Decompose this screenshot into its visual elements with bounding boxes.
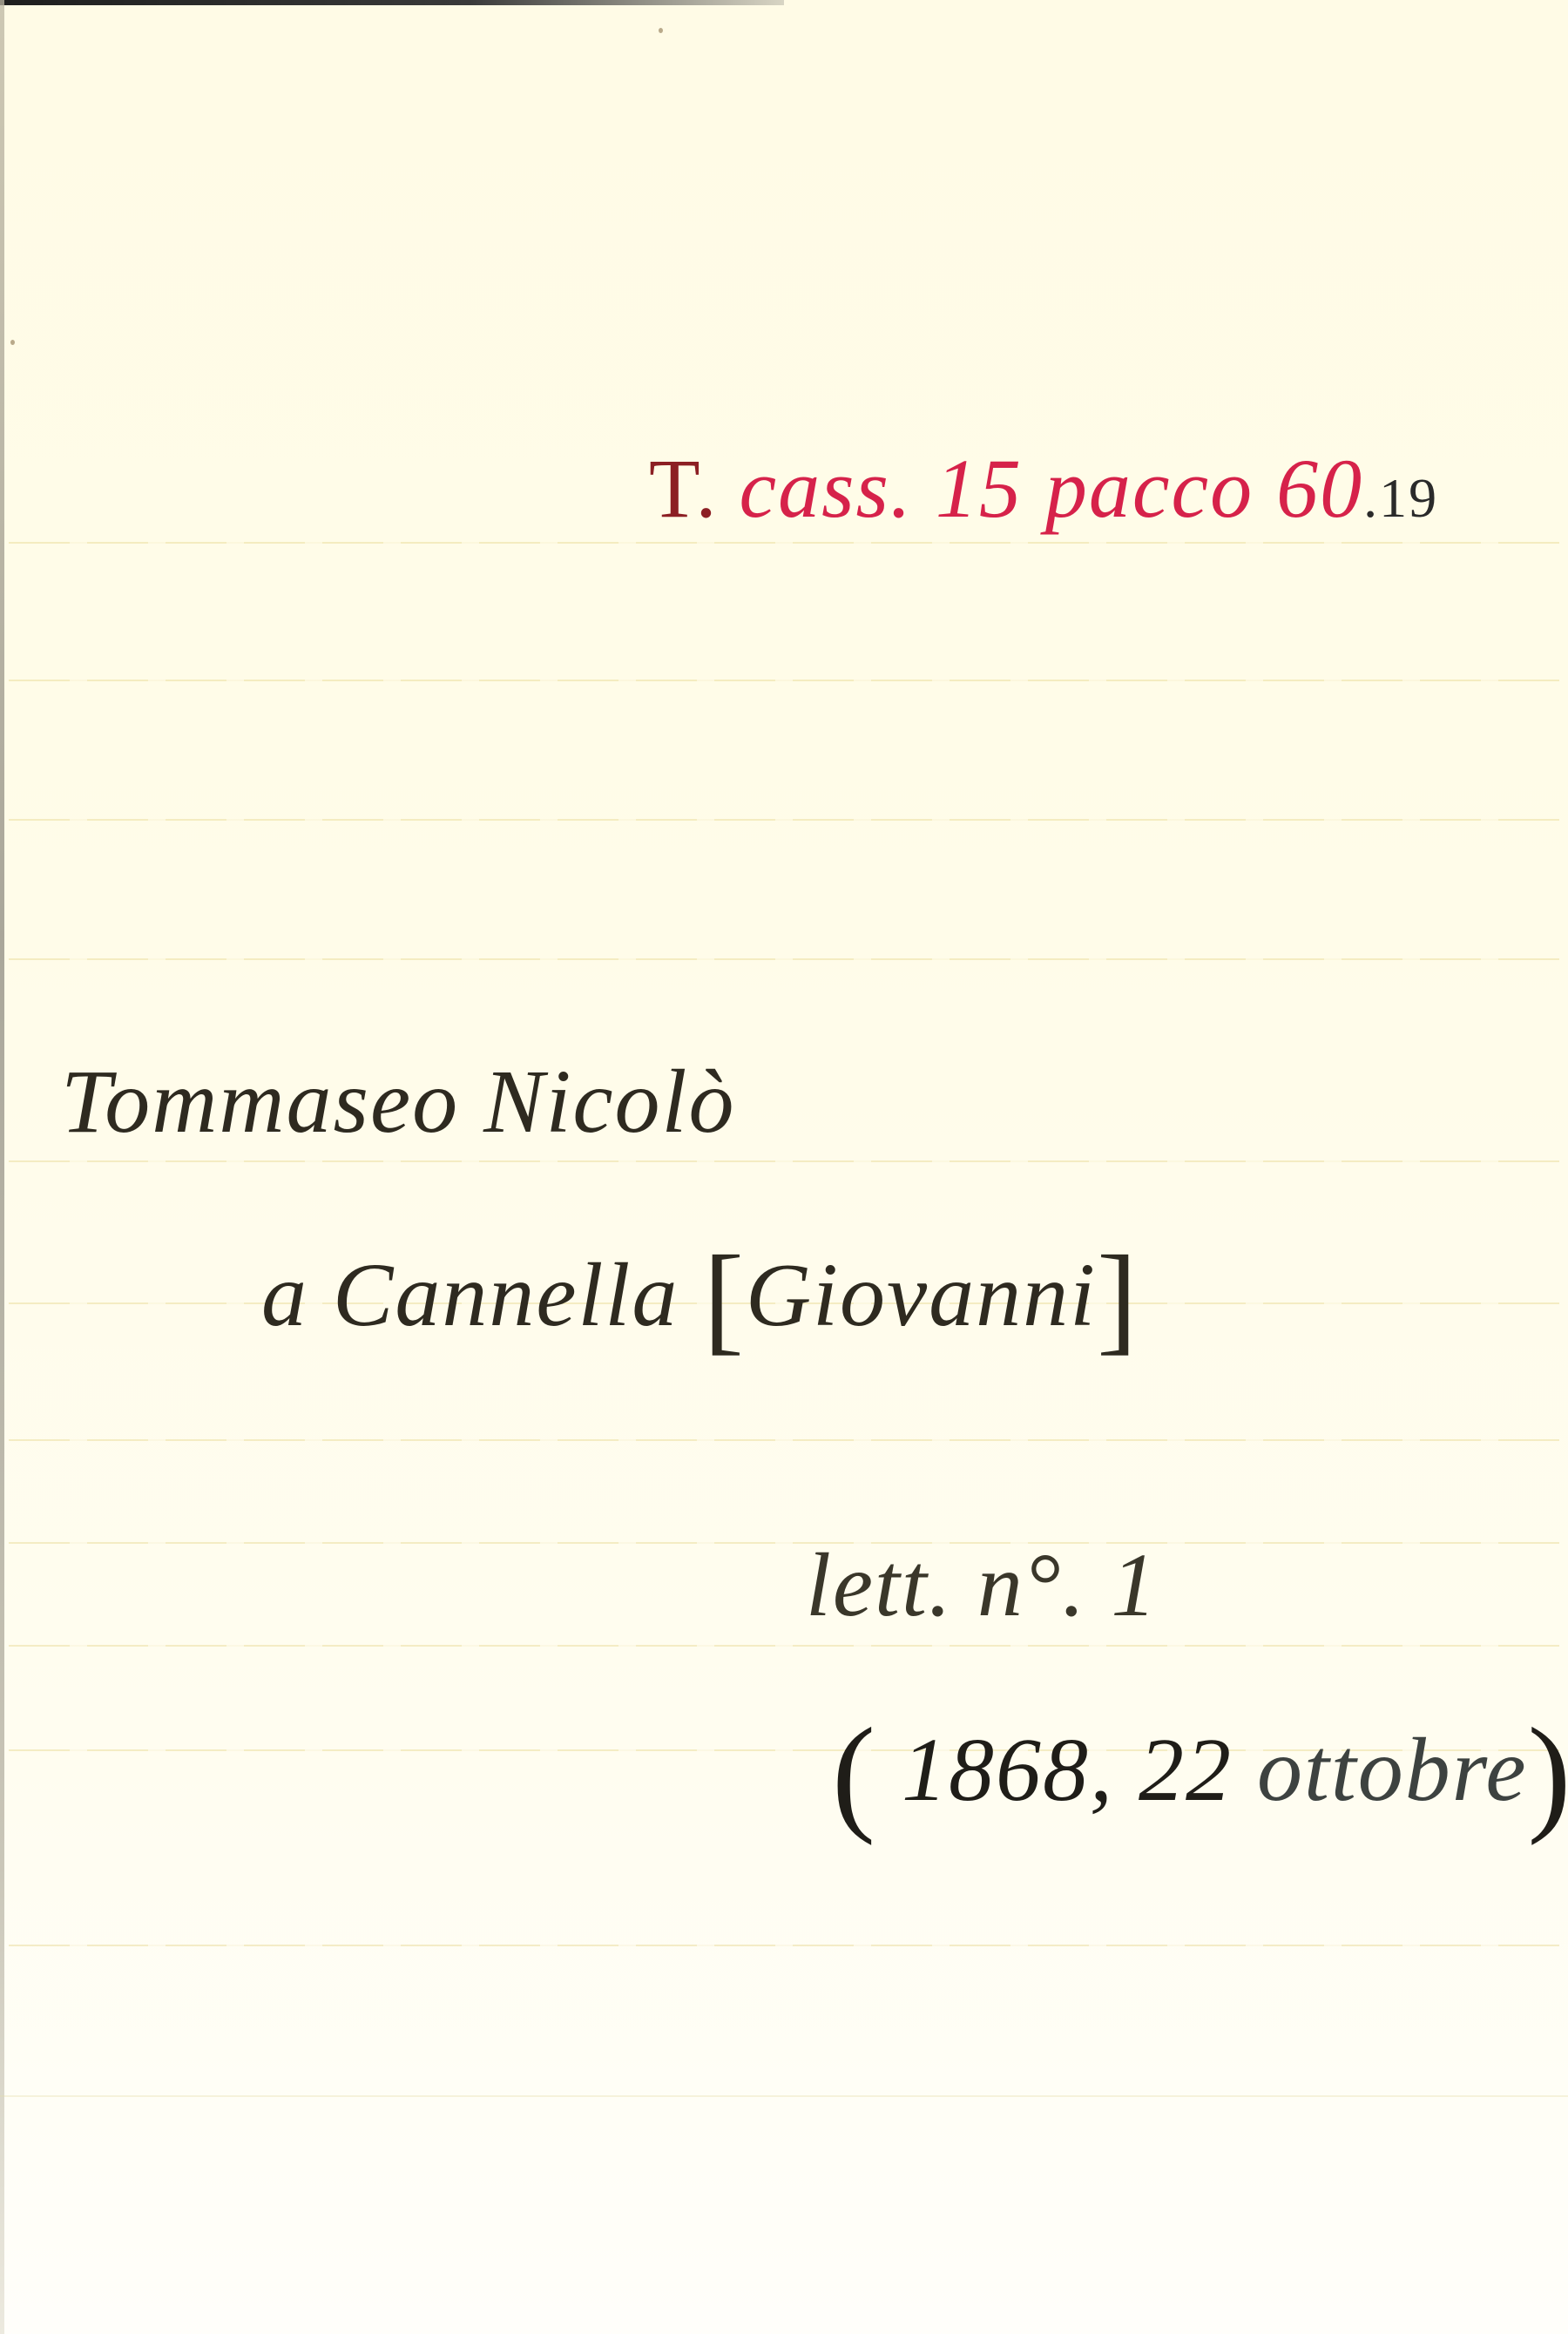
paper-speck <box>659 28 663 33</box>
open-paren: ( <box>832 1701 877 1846</box>
recipient-line: a Cannella [Giovanni] <box>261 1228 1139 1369</box>
ruled-line <box>9 1439 1559 1441</box>
card-bottom-edge <box>0 2095 1568 2097</box>
card-left-edge <box>0 0 4 2334</box>
date-year-day: 1868, 22 <box>902 1720 1233 1820</box>
close-paren: ) <box>1528 1701 1568 1846</box>
date-line: ( 1868, 22 ottobre) <box>832 1699 1568 1849</box>
open-bracket: [ <box>703 1231 746 1366</box>
date-month: ottobre <box>1257 1720 1528 1820</box>
paper-speck <box>10 340 15 345</box>
archival-index-card: T.cass. 15 pacco 60.19 Tommaseo Nicolò a… <box>0 0 1568 2334</box>
recipient-given-name: Giovanni <box>746 1245 1097 1345</box>
recipient-surname: a Cannella <box>261 1245 679 1345</box>
ruled-line <box>9 819 1559 821</box>
shelfmark-t-mark: T. <box>649 442 719 535</box>
author-name: Tommaseo Nicolò <box>61 1050 735 1153</box>
scan-top-shadow <box>0 0 784 5</box>
letter-count: lett. n°. 1 <box>806 1533 1158 1637</box>
close-bracket: ] <box>1097 1231 1139 1366</box>
shelfmark-line: T.cass. 15 pacco 60.19 <box>649 440 1438 537</box>
ruled-line <box>9 958 1559 960</box>
ruled-line <box>9 1160 1559 1162</box>
shelfmark-text: cass. 15 pacco 60 <box>740 442 1364 535</box>
ruled-line <box>9 1945 1559 1946</box>
ruled-line <box>9 1542 1559 1544</box>
ruled-line <box>9 542 1559 544</box>
ruled-line <box>9 1645 1559 1647</box>
shelfmark-suffix: .19 <box>1363 467 1438 529</box>
ruled-line <box>9 680 1559 681</box>
